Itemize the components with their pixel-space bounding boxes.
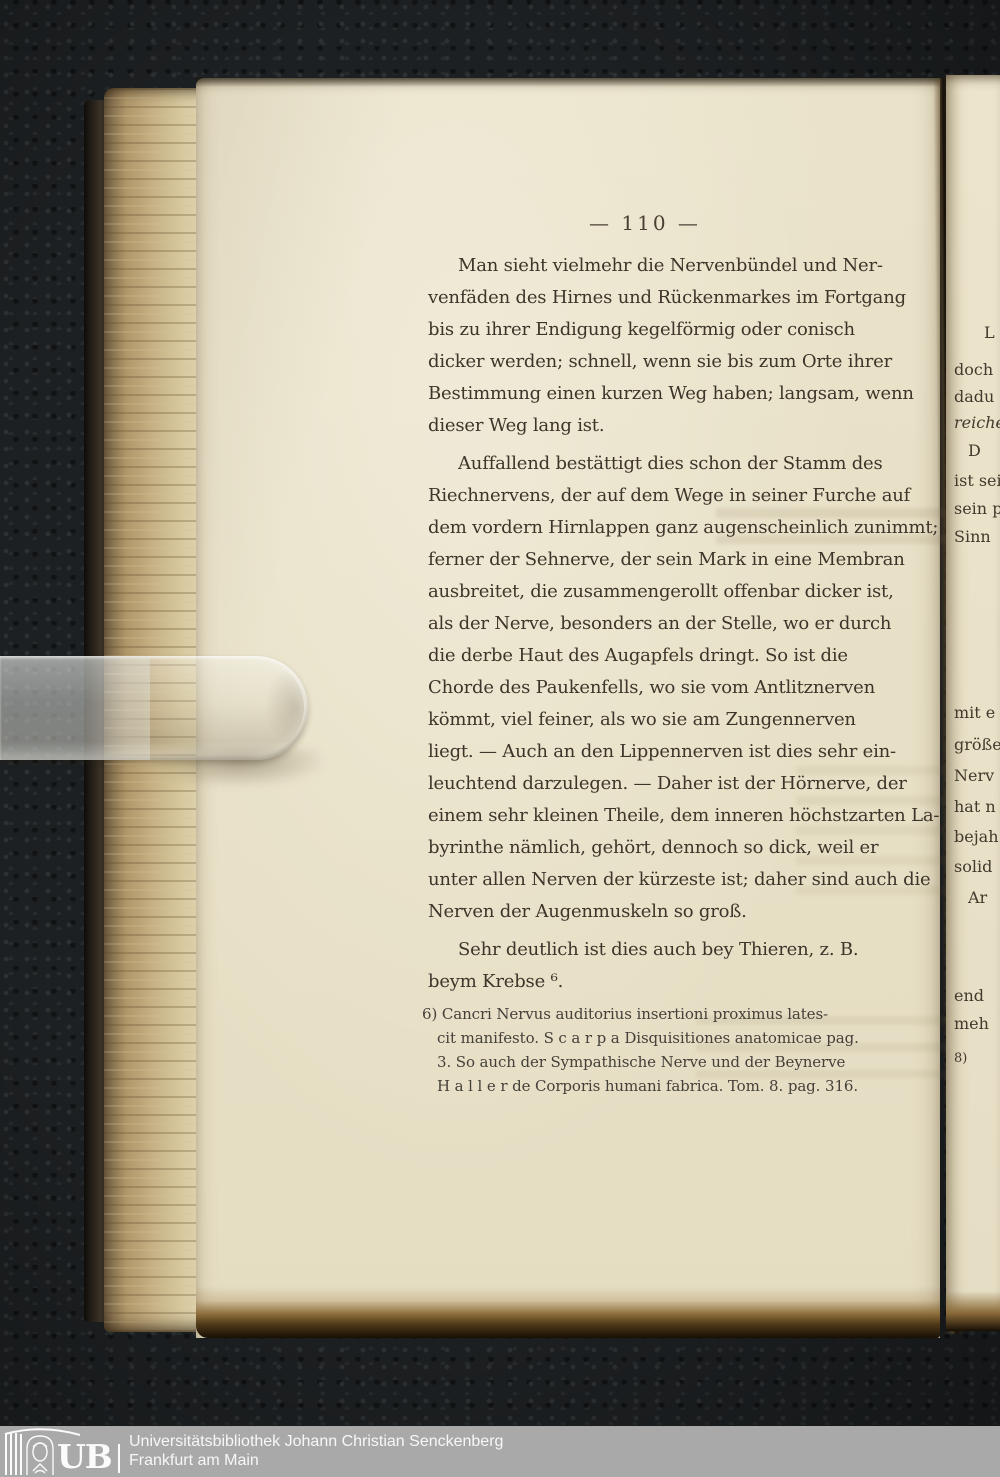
footnote-line: 3. So auch der Sympathische Nerve und de… — [422, 1050, 892, 1074]
facing-page-text-fragment: D — [968, 441, 981, 460]
page-bottom-edge — [196, 1286, 940, 1338]
facing-page-text-fragment: hat n — [954, 797, 996, 816]
text-line: Sehr deutlich ist dies auch bey Thieren,… — [428, 934, 930, 966]
text-line: Man sieht vielmehr die Nervenbündel und … — [428, 250, 930, 282]
page-top-shadow — [196, 78, 940, 87]
text-line: beym Krebse ⁶. — [428, 966, 930, 998]
page-number: — 110 — — [555, 211, 735, 235]
library-city: Frankfurt am Main — [129, 1451, 503, 1470]
facing-page-text-fragment: end — [954, 986, 984, 1005]
text-line: unter allen Nerven der kürzeste ist; dah… — [428, 864, 930, 896]
text-line: dieser Weg lang ist. — [428, 410, 930, 442]
book-scan: — 110 — Man sieht vielmehr die Nervenbün… — [0, 0, 1000, 1477]
text-line: Nerven der Augenmuskeln so groß. — [428, 896, 930, 928]
ub-logo: UB — [2, 1427, 124, 1477]
footnote-line: cit manifesto. S c a r p a Disquisitione… — [422, 1026, 892, 1050]
facing-page-text-fragment: mit e — [954, 703, 995, 722]
library-name: Universitätsbibliothek Johann Christian … — [129, 1432, 503, 1451]
library-banner: UB Universitätsbibliothek Johann Christi… — [0, 1426, 1000, 1477]
facing-page-text-fragment: größe — [954, 735, 1000, 754]
facing-page-text-fragment: reiche — [954, 413, 1000, 432]
text-line: Chorde des Paukenfells, wo sie vom Antli… — [428, 672, 930, 704]
text-line: liegt. — Auch an den Lippennerven ist di… — [428, 736, 930, 768]
text-line: als der Nerve, besonders an der Stelle, … — [428, 608, 930, 640]
facing-page-sliver: LdochdadureicheDist seinsein pSinnmit eg… — [946, 75, 1000, 1331]
facing-page-text-fragment: 8) — [954, 1051, 967, 1066]
facing-page-text-fragment: sein p — [954, 499, 1000, 518]
text-line: Auffallend bestättigt dies schon der Sta… — [428, 448, 930, 480]
text-line: kömmt, viel feiner, als wo sie am Zungen… — [428, 704, 930, 736]
text-line: leuchtend darzulegen. — Daher ist der Hö… — [428, 768, 930, 800]
facing-page-text-fragment: solid — [954, 857, 992, 876]
text-line: dem vordern Hirnlappen ganz augenscheinl… — [428, 512, 930, 544]
text-line: die derbe Haut des Augapfels dringt. So … — [428, 640, 930, 672]
text-line: Bestimmung einen kurzen Weg haben; langs… — [428, 378, 930, 410]
text-line: byrinthe nämlich, gehört, dennoch so dic… — [428, 832, 930, 864]
facing-page-text-fragment: bejah — [954, 827, 999, 846]
facing-page-text-fragment: ist sein — [954, 471, 1000, 490]
text-line: ferner der Sehnerve, der sein Mark in ei… — [428, 544, 930, 576]
facing-page-text: LdochdadureicheDist seinsein pSinnmit eg… — [946, 75, 1000, 1331]
facing-page-text-fragment: Sinn — [954, 527, 991, 546]
ub-logo-text: UB — [57, 1437, 112, 1476]
facing-page-text-fragment: meh — [954, 1014, 989, 1033]
footnote: 6) Cancri Nervus auditorius insertioni p… — [422, 1002, 892, 1098]
footnote-line: H a l l e r de Corporis humani fabrica. … — [422, 1074, 892, 1098]
facing-page-text-fragment: Ar — [968, 888, 987, 907]
facing-page-text-fragment: L — [984, 323, 995, 342]
facing-page-text-fragment: doch — [954, 360, 993, 379]
footnote-line: 6) Cancri Nervus auditorius insertioni p… — [422, 1002, 892, 1026]
facing-page-text-fragment: dadu — [954, 387, 994, 406]
text-line: dicker werden; schnell, wenn sie bis zum… — [428, 346, 930, 378]
facing-page-text-fragment: Nerv — [954, 766, 994, 785]
text-line: venfäden des Hirnes und Rückenmarkes im … — [428, 282, 930, 314]
text-line: bis zu ihrer Endigung kegelförmig oder c… — [428, 314, 930, 346]
library-banner-text: Universitätsbibliothek Johann Christian … — [129, 1432, 503, 1470]
text-line: einem sehr kleinen Theile, dem inneren h… — [428, 800, 930, 832]
text-line: Riechnervens, der auf dem Wege in seiner… — [428, 480, 930, 512]
facing-page-bottom-edge — [946, 1291, 1000, 1331]
page-body-text: Man sieht vielmehr die Nervenbündel und … — [428, 250, 930, 998]
page-holder-strip — [0, 656, 308, 760]
goethe-portrait-icon — [27, 1436, 53, 1475]
text-line: ausbreitet, die zusammengerollt offenbar… — [428, 576, 930, 608]
